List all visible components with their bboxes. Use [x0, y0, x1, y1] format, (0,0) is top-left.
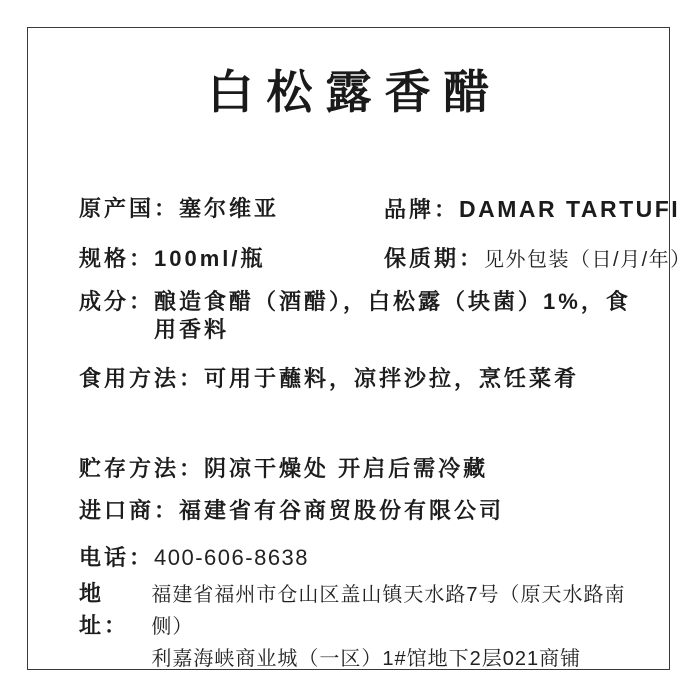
product-label: 白松露香醋 原产国： 塞尔维亚 品牌： DAMAR TARTUFI 规格： 10… [0, 0, 700, 700]
field-address: 地址： 福建省福州市仓山区盖山镇天水路7号（原天水路南侧） 利嘉海峡商业城（一区… [79, 578, 649, 675]
field-origin: 原产国： 塞尔维亚 [79, 194, 279, 224]
product-title: 白松露香醋 [28, 64, 669, 120]
field-importer: 进口商： 福建省有谷商贸股份有限公司 [79, 496, 504, 526]
field-ingredients-label: 成分： [79, 288, 154, 316]
field-importer-label: 进口商： [79, 496, 179, 526]
field-origin-label: 原产国： [79, 194, 179, 224]
field-spec: 规格： 100ml/瓶 [79, 244, 266, 274]
label-border: 白松露香醋 原产国： 塞尔维亚 品牌： DAMAR TARTUFI 规格： 10… [27, 27, 670, 670]
field-spec-value: 100ml/瓶 [154, 244, 266, 274]
field-phone: 电话： 400-606-8638 [79, 543, 309, 573]
field-spec-label: 规格： [79, 244, 154, 274]
field-ingredients: 成分： 酿造食醋（酒醋），白松露（块菌）1%，食 用香料 [79, 288, 639, 344]
field-phone-label: 电话： [79, 543, 154, 573]
field-storage-label: 贮存方法： [79, 454, 204, 484]
field-usage-value: 可用于蘸料，凉拌沙拉，烹饪菜肴 [204, 364, 579, 394]
field-brand-label: 品牌： [384, 195, 459, 225]
field-phone-value: 400-606-8638 [154, 543, 309, 573]
field-shelf-life: 保质期： 见外包装（日/月/年） [384, 244, 692, 275]
field-importer-value: 福建省有谷商贸股份有限公司 [179, 496, 504, 526]
field-brand: 品牌： DAMAR TARTUFI [384, 194, 680, 225]
field-origin-value: 塞尔维亚 [179, 194, 279, 224]
field-usage: 食用方法： 可用于蘸料，凉拌沙拉，烹饪菜肴 [79, 364, 579, 394]
field-shelf-life-label: 保质期： [384, 244, 484, 274]
field-brand-value: DAMAR TARTUFI [459, 194, 680, 224]
field-address-label: 地址： [79, 578, 151, 642]
field-address-value: 福建省福州市仓山区盖山镇天水路7号（原天水路南侧） 利嘉海峡商业城（一区）1#馆… [151, 579, 649, 675]
field-shelf-life-value: 见外包装（日/月/年） [484, 245, 692, 275]
field-storage: 贮存方法： 阴凉干燥处 开启后需冷藏 [79, 454, 488, 484]
field-usage-label: 食用方法： [79, 364, 204, 394]
field-storage-value: 阴凉干燥处 开启后需冷藏 [204, 454, 488, 484]
field-ingredients-value: 酿造食醋（酒醋），白松露（块菌）1%，食 用香料 [154, 288, 631, 344]
